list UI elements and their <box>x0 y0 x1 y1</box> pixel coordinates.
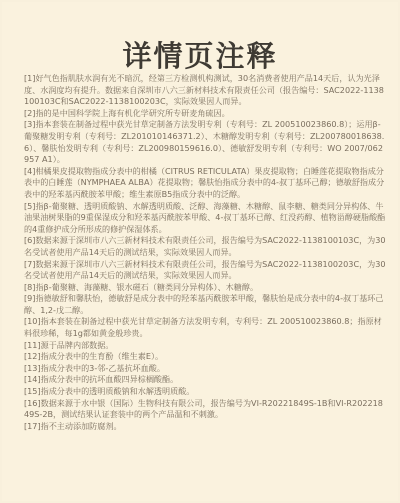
note-7: [7]数据来源于深圳市八六三新材料技术有限责任公司，报告编号为SAC2022-1… <box>24 259 388 282</box>
note-1: [1]好气色指肌肤水润有光不暗沉，经第三方检测机构测试，30名消费者使用产品14… <box>24 73 388 108</box>
note-16: [16]数据来源于水中银（国际）生物科技有限公司，报告编号为VI-R202218… <box>24 398 388 421</box>
page-title: 详情页注释 <box>0 39 400 73</box>
note-15: [15]指成分表中的透明质酸钠和水解透明质酸。 <box>24 386 388 398</box>
note-17: [17]指不主动添加防腐剂。 <box>24 421 388 433</box>
note-3: [3]指本套装在制备过程中获光甘草定制备方法发明专利（专利号：ZL 200510… <box>24 119 388 165</box>
note-13: [13]指成分表中的3-邻-乙基抗坏血酸。 <box>24 363 388 375</box>
note-4: [4]柑橘果皮提取物指成分表中的柑橘（CITRUS RETICULATA）果皮提… <box>24 166 388 201</box>
note-9: [9]指德敏舒和馨肤怡，德敏舒是成分表中的羟苯基丙酰胺苯甲酸，馨肤怡是成分表中的… <box>24 293 388 316</box>
notes-list: [1]好气色指肌肤水润有光不暗沉，经第三方检测机构测试，30名消费者使用产品14… <box>24 73 388 432</box>
note-2: [2]指的是中国科学院上海有机化学研究所专研麦角硫因。 <box>24 108 388 120</box>
note-6: [6]数据来源于深圳市八六三新材料技术有限责任公司，报告编号为SAC2022-1… <box>24 235 388 258</box>
note-12: [12]指成分表中的生育酚（维生素E）。 <box>24 351 388 363</box>
note-8: [8]指β-葡聚糖、海藻糖、银水磁石（糖类同分异构体）、木糖醇。 <box>24 282 388 294</box>
note-5: [5]指β-葡聚糖、透明质酸钠、水解透明质酸、泛醇、海藻糖、木糖醇、鼠李糖、糖类… <box>24 201 388 236</box>
note-11: [11]源于品牌内部数据。 <box>24 340 388 352</box>
note-10: [10]指本套装在制备过程中获光甘草定制备方法发明专利，专利号：ZL 20051… <box>24 316 388 339</box>
note-14: [14]指成分表中的抗坏血酸四异棕榈酸酯。 <box>24 374 388 386</box>
